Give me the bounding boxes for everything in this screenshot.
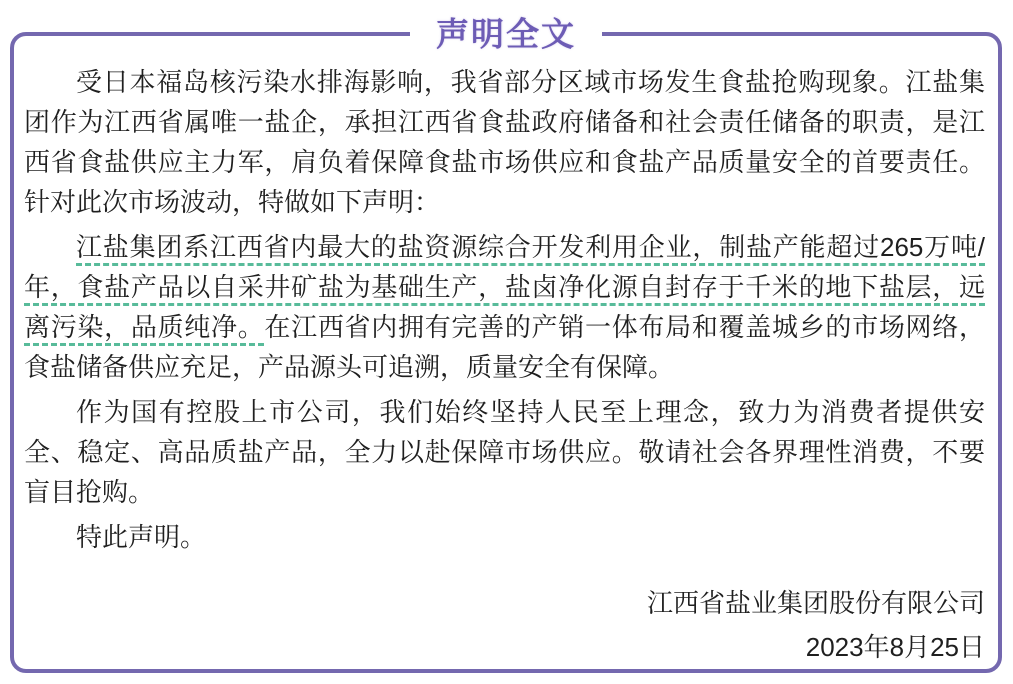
closing-line: 特此声明。: [24, 517, 985, 557]
statement-title: 声明全文: [410, 9, 602, 56]
signature-block: 江西省盐业集团股份有限公司 2023年8月25日: [24, 581, 985, 669]
paragraph-1: 受日本福岛核污染水排海影响，我省部分区域市场发生食盐抢购现象。江盐集团作为江西省…: [24, 62, 985, 222]
paragraph-2: 江盐集团系江西省内最大的盐资源综合开发利用企业，制盐产能超过265万吨/年，食盐…: [24, 227, 985, 387]
signature-company: 江西省盐业集团股份有限公司: [24, 581, 985, 625]
statement-body: 受日本福岛核污染水排海影响，我省部分区域市场发生食盐抢购现象。江盐集团作为江西省…: [14, 36, 998, 669]
statement-card: 声明全文 受日本福岛核污染水排海影响，我省部分区域市场发生食盐抢购现象。江盐集团…: [10, 32, 1002, 673]
signature-date: 2023年8月25日: [24, 625, 985, 669]
paragraph-3: 作为国有控股上市公司，我们始终坚持人民至上理念，致力为消费者提供安全、稳定、高品…: [24, 392, 985, 512]
